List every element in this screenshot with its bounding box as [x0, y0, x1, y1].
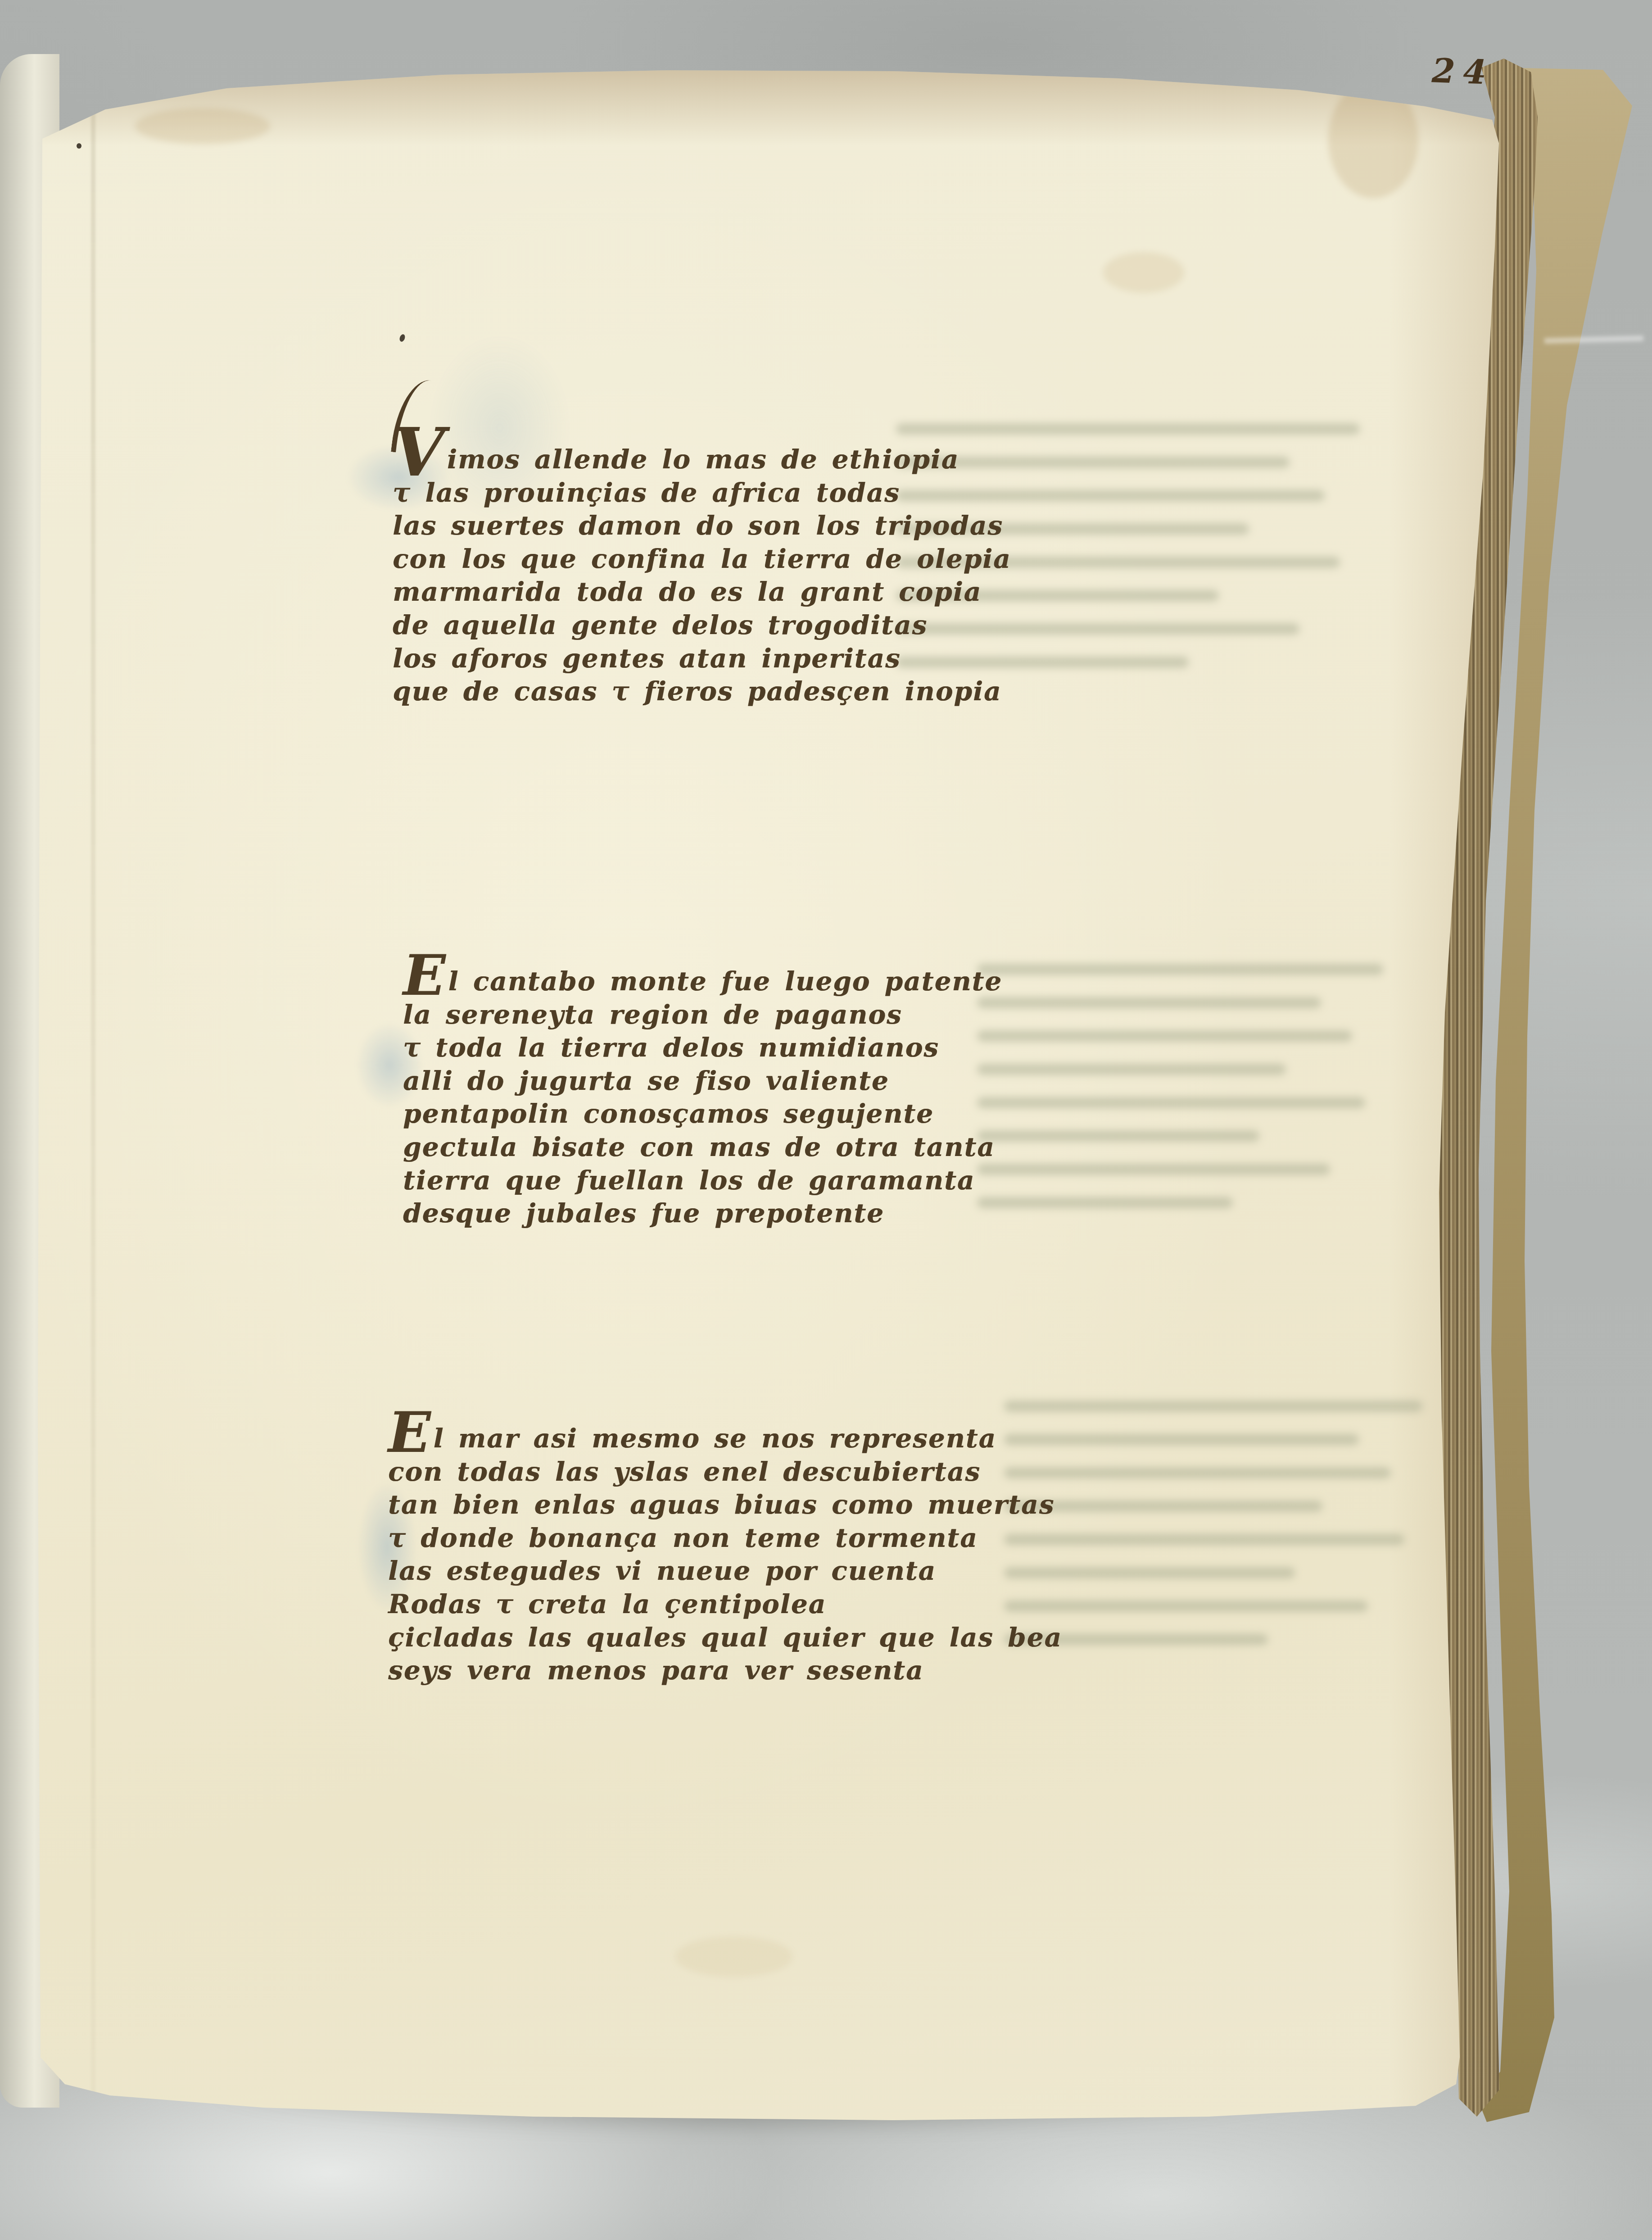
- verse-line: pentapolin conosçamos segujente: [403, 1097, 1002, 1131]
- foxing-stain: [1103, 252, 1184, 293]
- showthrough-text-ghost: [1004, 1401, 1459, 1743]
- foxing-stain: [675, 1936, 792, 1977]
- verse-text: imos allende lo mas de ethiopia: [447, 444, 959, 475]
- stanza-initial: E: [403, 959, 447, 993]
- verse-line: gectula bisate con mas de otra tanta: [403, 1131, 1002, 1164]
- verse-line: las estegudes vi nueue por cuenta: [388, 1555, 1062, 1588]
- verse-line: τ las prouinçias de africa todas: [393, 476, 1011, 510]
- verse-line: desque jubales fue prepotente: [403, 1197, 1002, 1230]
- stanza-initial: E: [388, 1416, 432, 1450]
- stanza-1: Vimos allende lo mas de ethiopia τ las p…: [393, 429, 1011, 708]
- foxing-stain: [135, 108, 270, 144]
- manuscript-page: Vimos allende lo mas de ethiopia τ las p…: [38, 67, 1507, 2125]
- ink-speck: [77, 143, 81, 149]
- folio-number: 24: [1431, 51, 1532, 94]
- verse-line: τ donde bonança non teme tormenta: [388, 1522, 1062, 1555]
- verse-line: que de casas τ fieros padesçen inopia: [393, 675, 1011, 708]
- stanza-initial: V: [393, 436, 445, 469]
- stanza-2: El cantabo monte fue luego patente la se…: [403, 955, 1002, 1230]
- ink-speck: [66, 89, 71, 97]
- verse-line: çicladas las quales qual quier que las b…: [388, 1621, 1062, 1655]
- verse-text: l mar asi mesmo se nos representa: [434, 1423, 997, 1454]
- verse-line: El mar asi mesmo se nos representa: [388, 1412, 1062, 1456]
- verse-line: la sereneyta region de paganos: [403, 998, 1002, 1032]
- photograph-of-manuscript: Vimos allende lo mas de ethiopia τ las p…: [0, 0, 1652, 2240]
- verse-line: alli do jugurta se fiso valiente: [403, 1065, 1002, 1098]
- verse-line: seys vera menos para ver sesenta: [388, 1654, 1062, 1687]
- verse-line: El cantabo monte fue luego patente: [403, 955, 1002, 998]
- gutter-crease: [91, 67, 95, 2125]
- verse-line: tan bien enlas aguas biuas como muertas: [388, 1488, 1062, 1522]
- verse-line: τ toda la tierra delos numidianos: [403, 1031, 1002, 1065]
- verse-line: las suertes damon do son los tripodas: [393, 509, 1011, 543]
- verse-line: los aforos gentes atan inperitas: [393, 642, 1011, 676]
- verse-line: Rodas τ creta la çentipolea: [388, 1588, 1062, 1621]
- ink-speck: [398, 334, 406, 343]
- verse-line: de aquella gente delos trogoditas: [393, 609, 1011, 642]
- verse-line: con todas las yslas enel descubiertas: [388, 1456, 1062, 1489]
- verse-line: marmarida toda do es la grant copia: [393, 576, 1011, 609]
- verse-text: l cantabo monte fue luego patente: [448, 966, 1003, 997]
- verse-line: tierra que fuellan los de garamanta: [403, 1164, 1002, 1197]
- showthrough-text-ghost: [977, 964, 1418, 1279]
- verse-line: Vimos allende lo mas de ethiopia: [393, 429, 1011, 476]
- verse-line: con los que confina la tierra de olepia: [393, 543, 1011, 576]
- stanza-3: El mar asi mesmo se nos representa con t…: [388, 1412, 1062, 1687]
- foxing-stain: [1328, 81, 1418, 198]
